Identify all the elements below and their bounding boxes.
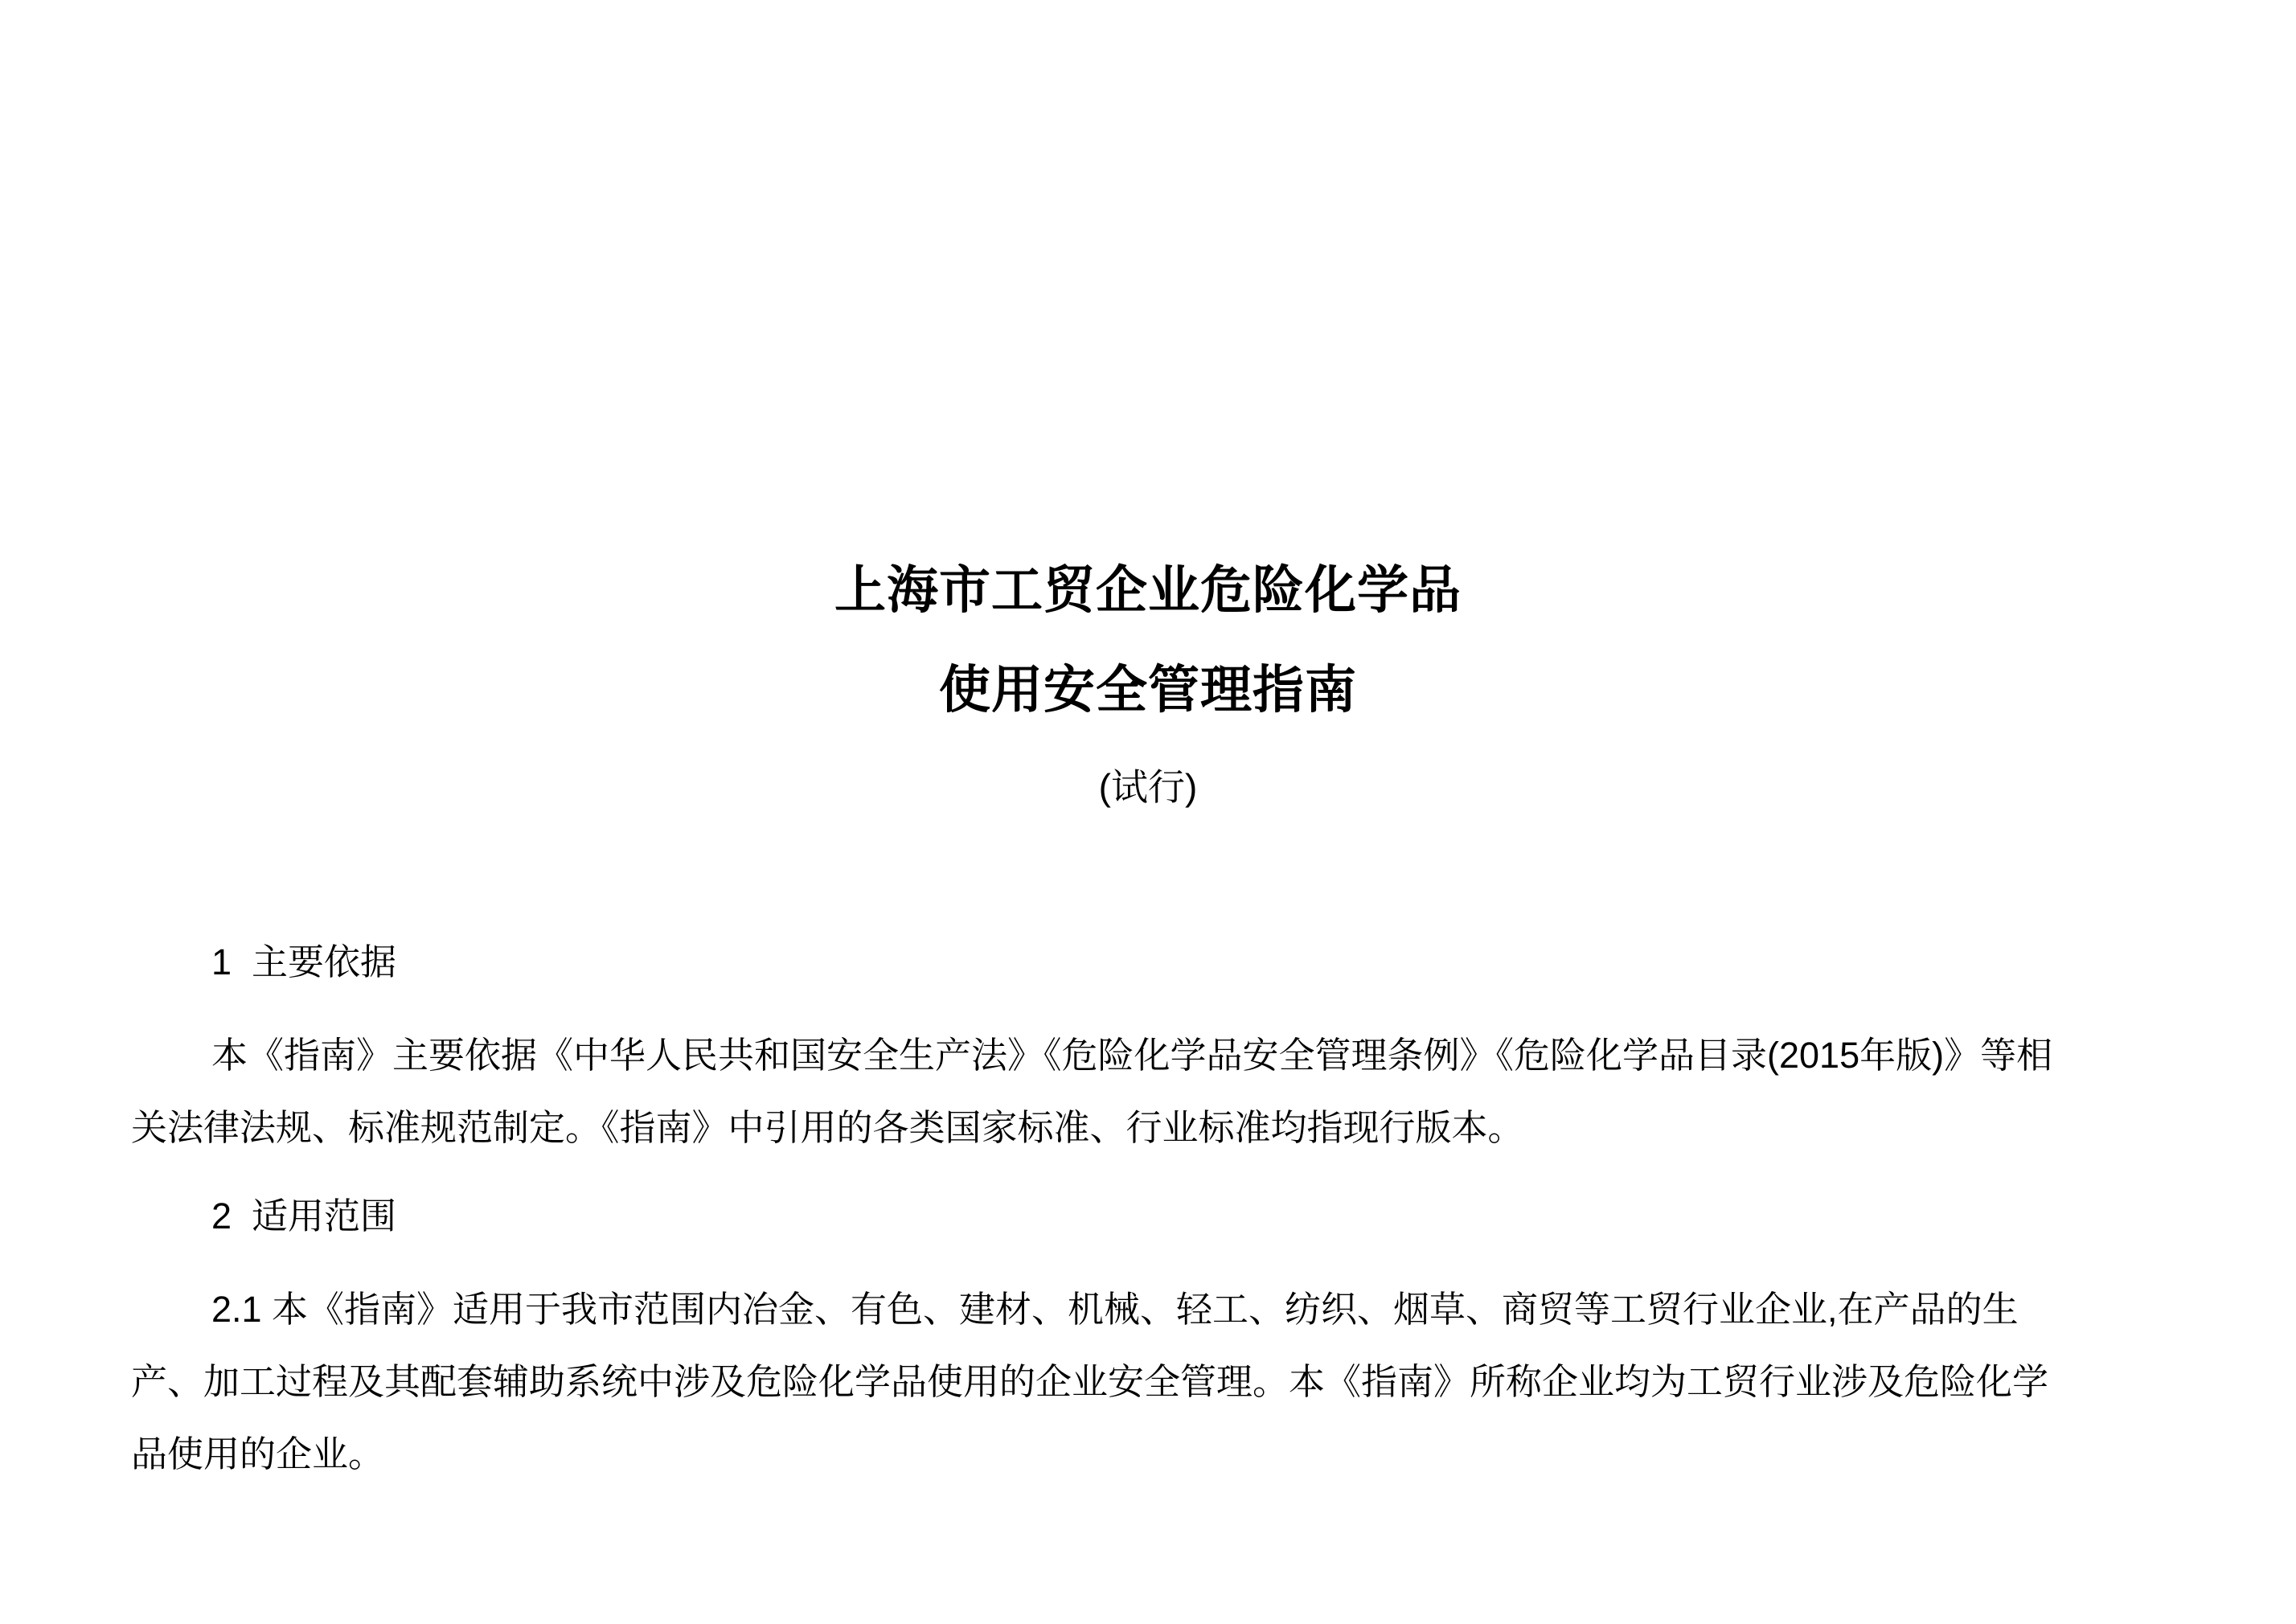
document-page: 上海市工贸企业危险化学品 使用安全管理指南 (试行) 1 主要依据 本《指南》主…: [0, 0, 2296, 1624]
section-main-basis: 1 主要依据 本《指南》主要依据《中华人民共和国安全生产法》《危险化学品安全管理…: [131, 926, 2165, 1164]
paragraph-line: 关法律法规、标准规范制定。《指南》中引用的各类国家标准、行业标准均指现行版本。: [131, 1092, 2165, 1164]
document-title-line-2: 使用安全管理指南: [131, 640, 2165, 740]
section-2-heading: 2 适用范围: [131, 1180, 2165, 1253]
paragraph-line: 2.1 本《指南》适用于我市范围内冶金、有色、建材、机械、轻工、纺织、烟草、商贸…: [131, 1273, 2165, 1346]
paragraph-line: 产、加工过程及其配套辅助系统中涉及危险化学品使用的企业安全管理。本《指南》所称企…: [131, 1346, 2165, 1418]
section-1-heading: 1 主要依据: [131, 926, 2165, 999]
document-content: 上海市工贸企业危险化学品 使用安全管理指南 (试行) 1 主要依据 本《指南》主…: [131, 540, 2165, 1491]
document-title: 上海市工贸企业危险化学品 使用安全管理指南: [131, 540, 2165, 740]
section-2-paragraph: 2.1 本《指南》适用于我市范围内冶金、有色、建材、机械、轻工、纺织、烟草、商贸…: [131, 1273, 2165, 1491]
document-title-line-1: 上海市工贸企业危险化学品: [131, 540, 2165, 640]
section-scope: 2 适用范围 2.1 本《指南》适用于我市范围内冶金、有色、建材、机械、轻工、纺…: [131, 1180, 2165, 1491]
document-subtitle: (试行): [131, 740, 2165, 835]
paragraph-line: 本《指南》主要依据《中华人民共和国安全生产法》《危险化学品安全管理条例》《危险化…: [131, 1019, 2165, 1092]
section-1-paragraph: 本《指南》主要依据《中华人民共和国安全生产法》《危险化学品安全管理条例》《危险化…: [131, 1019, 2165, 1164]
paragraph-line: 品使用的企业。: [131, 1418, 2165, 1491]
